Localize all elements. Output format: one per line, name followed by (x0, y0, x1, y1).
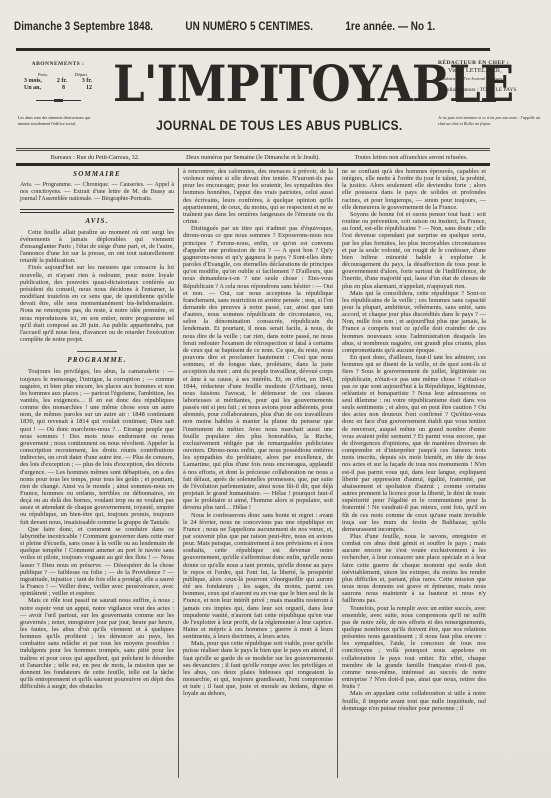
issue-number: 1re année. — No 1. (345, 21, 435, 37)
letters-notice: Toutes lettres non affranchies seront re… (332, 154, 490, 161)
editor-name: Victor LETELLIER, (438, 67, 548, 75)
info-bar: Bureaux : Rue du Petit-Carreau, 32. Deux… (16, 154, 490, 161)
masthead-rule (16, 150, 490, 151)
avis-heading: AVIS. (20, 218, 174, 225)
subscription-motto: Les abus sont des ennemis destructeurs q… (18, 115, 98, 126)
programme-paragraph: à rencontrer, des calomnies, des menaces… (183, 168, 333, 225)
section-divider (77, 351, 117, 352)
programme-paragraph: Toutefois, pour la remplir avec un entie… (342, 605, 486, 691)
subscription-label: ABONNEMENTS : (18, 61, 98, 68)
editor-quote: Je ne puis rien nommer si ce n'est par s… (438, 115, 548, 126)
issue-price: UN NUMÉRO 5 CENTIMES. (185, 21, 313, 37)
column-2: à rencontrer, des calomnies, des menaces… (178, 168, 338, 778)
editor-box: RÉDACTEUR EN CHEF : Victor LETELLIER, Fo… (438, 59, 548, 126)
office-address: Bureaux : Rue du Petit-Carreau, 32. (16, 154, 174, 161)
newspaper-subtitle: JOURNAL DE TOUS LES ABUS PUBLICS. (156, 118, 394, 133)
issue-date: Dimanche 3 Septembre 1848. (14, 21, 153, 37)
col-depart: Départ. (75, 71, 88, 78)
programme-paragraph: Plus d'une feuille, nous le savons, enre… (342, 533, 486, 605)
programme-heading: PROGRAMME. (20, 357, 174, 364)
programme-paragraph: Toujours les priviléges, les abus, la ca… (20, 368, 174, 525)
subscription-row: Un an, 8 12 (18, 85, 98, 92)
programme-paragraph: Distingués par un titre qui n'admet pas … (183, 225, 333, 511)
newspaper-page: Dimanche 3 Septembre 1848. UN NUMÉRO 5 C… (0, 0, 551, 798)
subscription-row: 3 mois, 2 fr. 3 fr. (18, 78, 98, 85)
ornament-divider (36, 100, 81, 101)
collaborators: Et collaborateurs : TOUT LE PAYS (438, 86, 548, 94)
section-divider (20, 209, 174, 213)
col-paris: Paris. (38, 71, 48, 78)
programme-paragraph: ne se confiant qu'à des hommes éprouvés,… (342, 168, 486, 211)
sommaire-text: Avis. — Programme. — Chronique. — Causer… (20, 182, 174, 202)
programme-paragraph: En quoi donc, d'ailleurs, faut-il tant l… (342, 354, 486, 533)
infobar-rule (16, 163, 490, 166)
column-3: ne se confiant qu'à des hommes éprouvés,… (338, 168, 490, 778)
newspaper-title: L'IMPITOYABLE (113, 55, 419, 113)
avis-paragraph: Cette feuille allait paraître au moment … (20, 229, 174, 265)
programme-paragraph: Soyons de bonne foi et osons penser tout… (342, 211, 486, 290)
masthead-rule (16, 148, 490, 149)
subscription-box: ABONNEMENTS : Paris. Départ. 3 mois, 2 f… (18, 61, 98, 126)
programme-paragraph: Mais en appelant cette collaboration si … (342, 690, 486, 711)
dateline: Dimanche 3 Septembre 1848. UN NUMÉRO 5 C… (14, 21, 496, 37)
editor-label: RÉDACTEUR EN CHEF : (438, 59, 548, 67)
header-rule (16, 48, 490, 51)
masthead: ABONNEMENTS : Paris. Départ. 3 mois, 2 f… (0, 55, 551, 147)
programme-paragraph: Que faire donc, et comment se conduire d… (20, 526, 174, 598)
avis-paragraph: Fixés aujourd'hui sur les mesures que co… (20, 264, 174, 343)
column-1: SOMMAIRE Avis. — Programme. — Chronique.… (16, 168, 178, 778)
programme-paragraph: Mais qui la consolidera, cette républiqu… (342, 290, 486, 354)
editor-founder: Fondateur de l'ex-Journal l'Artisan. (438, 75, 548, 83)
programme-paragraph: Mais ce rôle tout passif ne saurait nous… (20, 597, 174, 690)
sommaire-heading: SOMMAIRE (20, 171, 174, 178)
programme-paragraph: Mais, pour que cette république soit via… (183, 640, 333, 697)
article-columns: SOMMAIRE Avis. — Programme. — Chronique.… (16, 168, 490, 778)
ornament-divider (456, 101, 496, 102)
programme-paragraph: Nous le confesserons donc sans honte ni … (183, 512, 333, 641)
publication-frequency: Deux numéros par Semaine (le Dimanche et… (174, 154, 332, 161)
